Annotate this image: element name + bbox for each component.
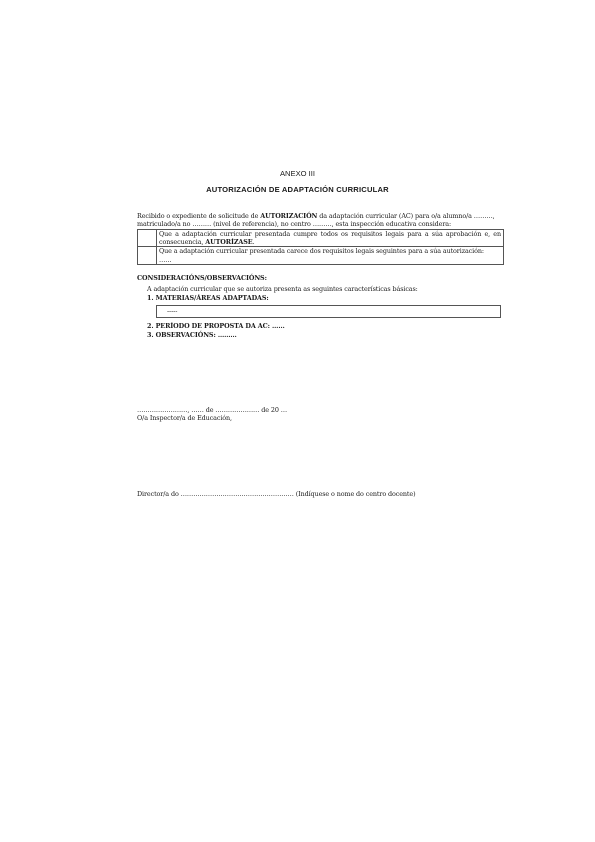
document-title: AUTORIZACIÓN DE ADAPTACIÓN CURRICULAR xyxy=(0,185,595,194)
authorization-options-table: Que a adaptación curricular presentada c… xyxy=(137,229,504,265)
intro-line-1: Recibido o expediente de solicitude de A… xyxy=(137,212,507,220)
option-checkbox-reject[interactable] xyxy=(138,247,157,264)
intro-line-2: matriculado/a no ……… (nivel de referenci… xyxy=(137,220,507,228)
annex-label: ANEXO III xyxy=(0,169,595,178)
option-text-approve: Que a adaptación curricular presentada c… xyxy=(157,230,504,247)
item-materias-label: 1. MATERIAS/ÁREAS ADAPTADAS: xyxy=(147,294,269,302)
item-periodo: 2. PERÍODO DE PROPOSTA DA AC: …… xyxy=(147,322,285,330)
option-row-reject: Que a adaptación curricular presentada c… xyxy=(138,247,504,264)
materias-field[interactable]: ----- xyxy=(156,305,501,318)
considerations-heading: CONSIDERACIÓNS/OBSERVACIÓNS: xyxy=(137,274,267,282)
considerations-subheading: A adaptación curricular que se autoriza … xyxy=(147,285,418,293)
option-row-approve: Que a adaptación curricular presentada c… xyxy=(138,230,504,247)
director-line: Director/a do ……………………………………………… (Indíqu… xyxy=(137,490,415,498)
date-line: ……………………, …… de ………………… de 20 … xyxy=(137,406,287,414)
intro-paragraph: Recibido o expediente de solicitude de A… xyxy=(137,212,507,228)
option-text-reject: Que a adaptación curricular presentada c… xyxy=(157,247,504,264)
item-observacions: 3. OBSERVACIÓNS: ……… xyxy=(147,331,237,339)
inspector-signature-label: O/a Inspector/a de Educación, xyxy=(137,414,232,422)
option-checkbox-approve[interactable] xyxy=(138,230,157,247)
